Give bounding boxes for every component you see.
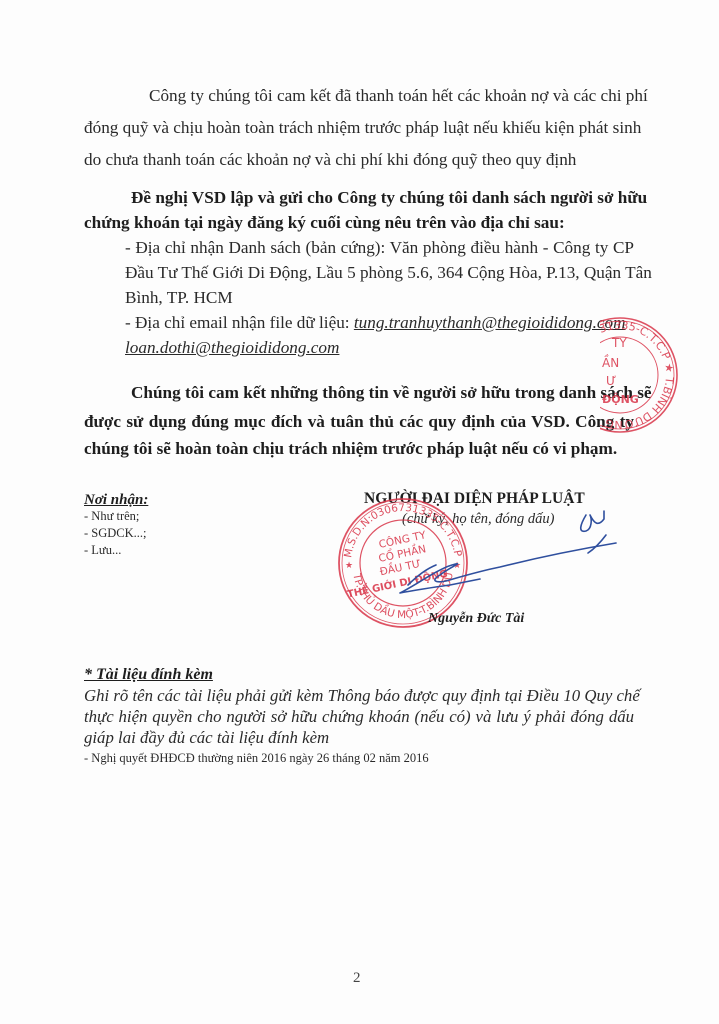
recipient-item: - SGDCK...;	[84, 526, 147, 541]
page-number: 2	[353, 970, 361, 987]
attachments-note-line-2: thực hiện quyền cho người sở hữu chứng k…	[84, 706, 634, 728]
commitment-debt-line-1: Công ty chúng tôi cam kết đã thanh toán …	[149, 85, 634, 107]
email-label: - Địa chỉ email nhận file dữ liệu:	[125, 313, 354, 332]
attachments-note-line-3: giáp lai đầy đủ các tài liệu đính kèm	[84, 727, 329, 749]
recipient-item: - Lưu...	[84, 543, 121, 558]
email-row: - Địa chỉ email nhận file dữ liệu: tung.…	[125, 312, 626, 334]
svg-text:★: ★	[453, 561, 461, 571]
address-line-2: Đầu Tư Thế Giới Di Động, Lầu 5 phòng 5.6…	[125, 262, 634, 284]
signature-subtitle: (chữ ký, họ tên, đóng dấu)	[402, 508, 554, 530]
email-link-1[interactable]: tung.tranhuythanh@thegioididong.com	[354, 313, 626, 332]
request-line-2: chứng khoán tại ngày đăng ký cuối cùng n…	[84, 212, 565, 234]
attachment-item: - Nghị quyết ĐHĐCĐ thường niên 2016 ngày…	[84, 751, 429, 766]
attachments-title: * Tài liệu đính kèm	[84, 664, 213, 686]
svg-text:ẦN: ẦN	[602, 354, 619, 370]
commitment-line-2: được sử dụng đúng mục đích và tuân thủ c…	[84, 411, 634, 433]
svg-text:THẾ GIỚI DI ĐỘNG: THẾ GIỚI DI ĐỘNG	[345, 565, 448, 601]
commitment-debt-line-3: do chưa thanh toán các khoản nợ và chi p…	[84, 149, 576, 171]
commitment-debt-line-2: đóng quỹ và chịu hoàn toàn trách nhiệm t…	[84, 117, 634, 139]
svg-text:★: ★	[345, 561, 353, 571]
recipient-item: - Như trên;	[84, 509, 139, 524]
svg-text:ĐẦU TƯ: ĐẦU TƯ	[378, 556, 422, 578]
signature-title: NGƯỜI ĐẠI DIỆN PHÁP LUẬT	[364, 488, 585, 510]
recipients-title: Nơi nhận:	[84, 489, 148, 511]
svg-text:CÔNG TY: CÔNG TY	[378, 528, 428, 551]
address-line-1: - Địa chỉ nhận Danh sách (bản cứng): Văn…	[125, 237, 634, 259]
signer-name: Nguyễn Đức Tài	[428, 608, 524, 630]
commitment-line-1: Chúng tôi cam kết những thông tin về ngư…	[131, 382, 634, 404]
email-link-2[interactable]: loan.dothi@thegioididong.com	[125, 337, 339, 359]
address-line-3: Bình, TP. HCM	[125, 287, 233, 309]
svg-text:CỔ PHẦN: CỔ PHẦN	[377, 540, 427, 565]
commitment-line-3: chúng tôi sẽ hoàn toàn chịu trách nhiệm …	[84, 438, 617, 460]
svg-text:TY: TY	[611, 336, 627, 350]
attachments-note-line-1: Ghi rõ tên các tài liệu phải gửi kèm Thô…	[84, 685, 634, 707]
document-page: Công ty chúng tôi cam kết đã thanh toán …	[0, 0, 719, 1024]
request-line-1: Đề nghị VSD lập và gửi cho Công ty chúng…	[131, 187, 634, 209]
